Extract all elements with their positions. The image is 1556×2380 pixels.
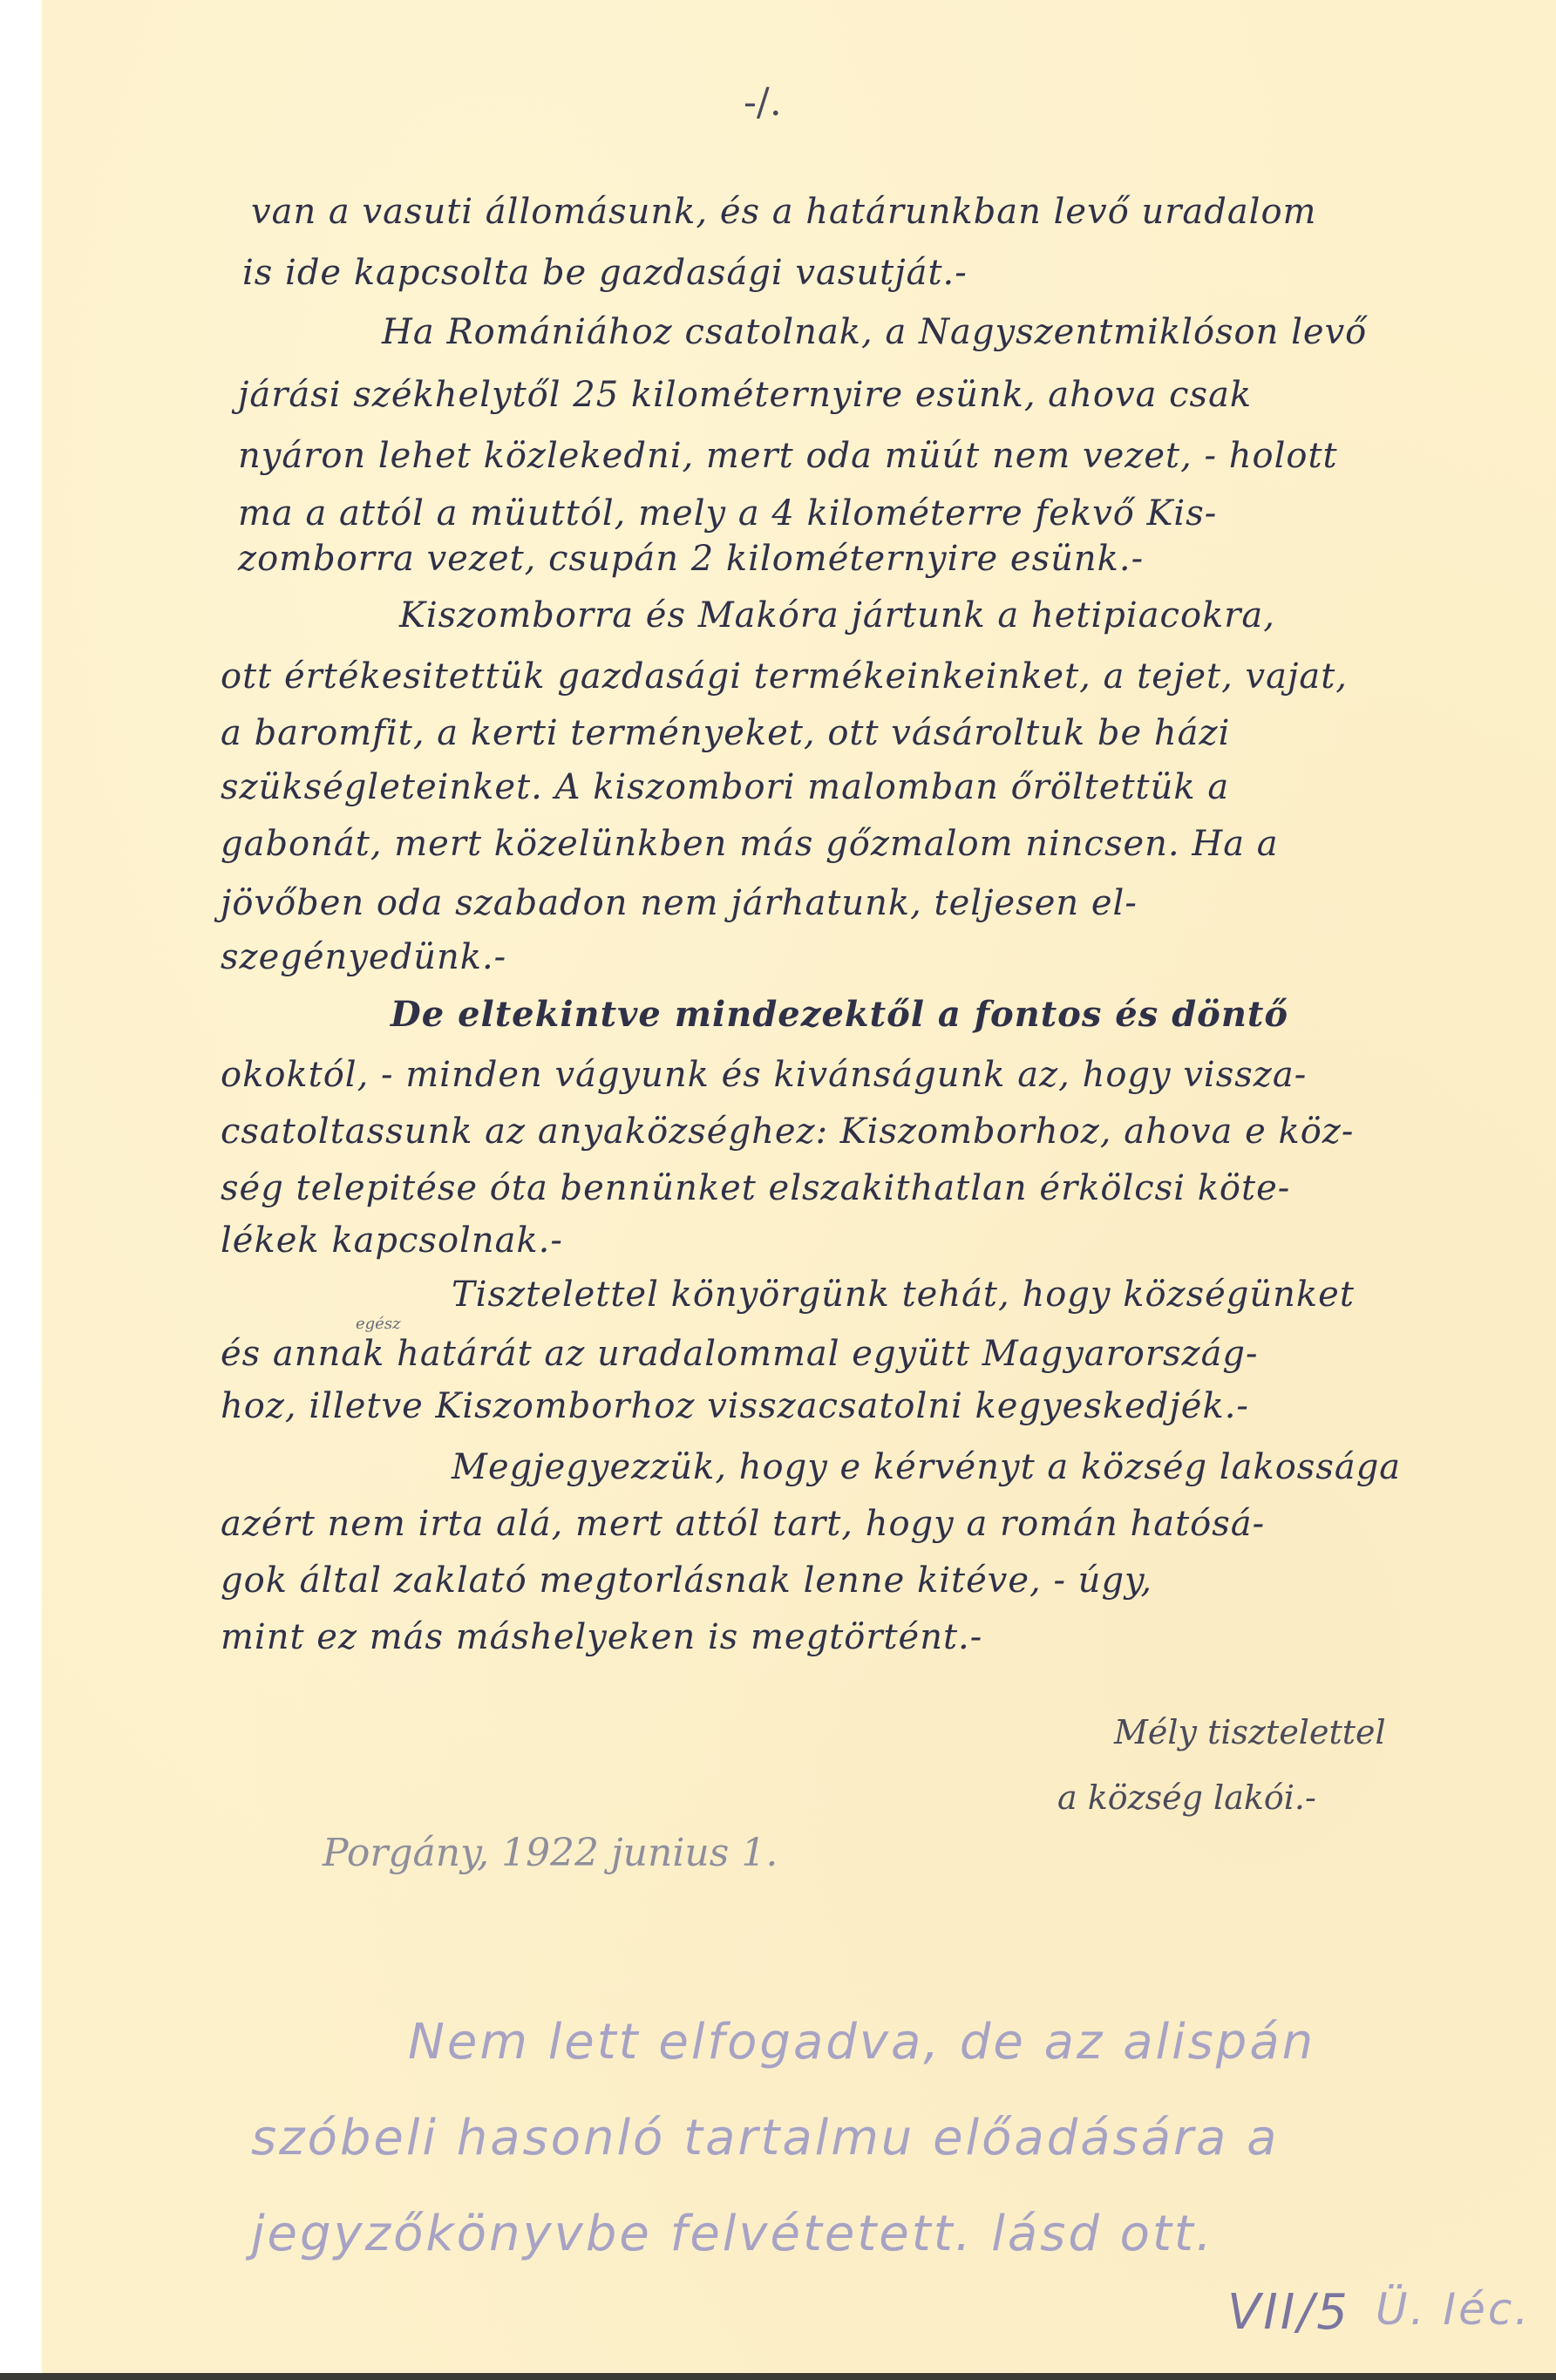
pencil-note-line-1: Nem lett elfogadva, de az alispán [408, 2014, 1315, 2071]
body-line: szükségleteinket. A kiszombori malomban … [221, 767, 1229, 807]
scan-bottom-edge [0, 2373, 1556, 2380]
body-line: azért nem irta alá, mert attól tart, hog… [221, 1504, 1265, 1544]
pencil-note-line-2: szóbeli hasonló tartalmu előadására a [251, 2110, 1279, 2166]
page-number: -/. [744, 80, 782, 125]
body-line: De eltekintve mindezektől a fontos és dö… [391, 994, 1288, 1035]
body-line: csatoltassunk az anyaközséghez: Kiszombo… [221, 1112, 1354, 1152]
body-line: ott értékesitettük gazdasági termékeinke… [221, 656, 1348, 697]
body-line: hoz, illetve Kiszomborhoz visszacsatolni… [221, 1386, 1249, 1426]
body-line: és annak határát az uradalommal együtt M… [221, 1334, 1259, 1374]
pencil-note-line-3: jegyzőkönyvbe felvétetett. lásd ott. [251, 2206, 1214, 2262]
place-date: Porgány, 1922 junius 1. [323, 1831, 778, 1875]
body-line: Ha Romániához csatolnak, a Nagyszentmikl… [382, 312, 1367, 352]
body-line: is ide kapcsolta be gazdasági vasutját.- [242, 253, 968, 293]
pencil-date-mark: VII/5 [1227, 2284, 1350, 2341]
body-line: gok által zaklató megtorlásnak lenne kit… [221, 1561, 1152, 1601]
body-line: mint ez más máshelyeken is megtörtént.- [221, 1617, 982, 1657]
body-line: szegényedünk.- [221, 937, 506, 977]
body-line: ség telepitése óta bennünket elszakithat… [221, 1168, 1290, 1208]
body-line: okoktól, - minden vágyunk és kivánságunk… [221, 1055, 1307, 1095]
interlinear-insertion: egész [356, 1315, 401, 1333]
body-line: Megjegyezzük, hogy e kérvényt a község l… [452, 1447, 1401, 1487]
body-line: jövőben oda szabadon nem járhatunk, telj… [221, 883, 1138, 923]
body-line: járási székhelytől 25 kilométernyire esü… [238, 375, 1252, 415]
closing-line-2: a község lakói.- [1057, 1778, 1316, 1817]
closing-line-1: Mély tisztelettel [1114, 1713, 1386, 1751]
body-line: nyáron lehet közlekedni, mert oda müút n… [238, 436, 1338, 476]
body-line: a baromfit, a kerti terményeket, ott vás… [221, 713, 1230, 753]
body-line: gabonát, mert közelünkben más gőzmalom n… [221, 824, 1279, 864]
body-line: Kiszomborra és Makóra jártunk a hetipiac… [399, 595, 1275, 636]
body-line: lékek kapcsolnak.- [221, 1221, 563, 1261]
body-line: ma a attól a müuttól, mely a 4 kilométer… [238, 493, 1217, 534]
body-line: Tisztelettel könyörgünk tehát, hogy közs… [452, 1275, 1355, 1315]
document-page: -/. van a vasuti állomásunk, és a határu… [42, 0, 1556, 2373]
body-line: zomborra vezet, csupán 2 kilométernyire … [238, 539, 1144, 579]
pencil-initials: Ü. Iéc. [1376, 2284, 1531, 2335]
body-line: van a vasuti állomásunk, és a határunkba… [251, 192, 1316, 232]
